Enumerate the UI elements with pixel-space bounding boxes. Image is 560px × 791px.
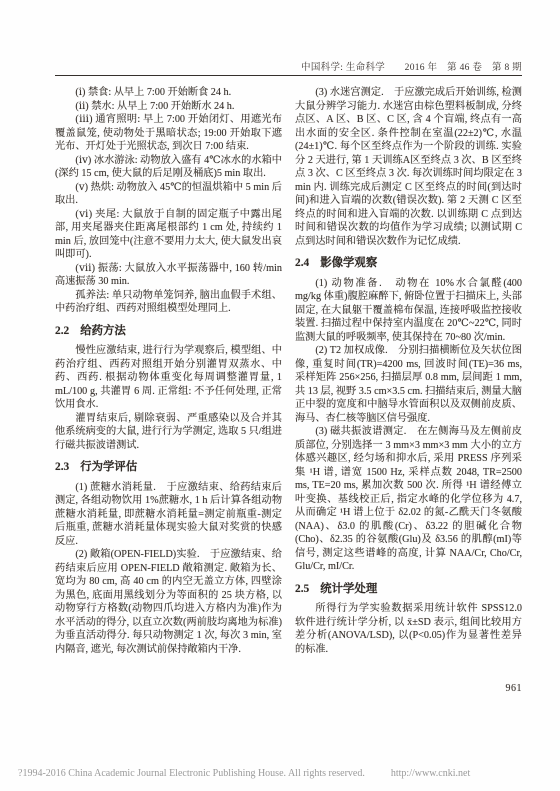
section-heading-2-3: 2.3行为学评估 [55,461,282,475]
behavior-paragraph-sucrose: (1) 蔗糖水消耗量. 于应激结束、给药结束后测定, 各组动物饮用 1%蔗糖水,… [55,481,282,549]
section-title: 行为学评估 [80,461,137,473]
section-number: 2.2 [55,325,69,337]
section-heading-2-5: 2.5统计学处理 [295,583,522,597]
running-head: 中国科学: 生命科学 2016 年 第 46 卷 第 8 期 [55,59,522,73]
stress-item-tail-clip: (ⅵ) 夹尾: 大鼠放于自制的固定瓶子中露出尾部, 用夹尾器夹住距离尾根部约 1… [55,208,282,262]
imaging-paragraph-t2: (2) T2 加权成像. 分别扫描横断位及矢状位图像, 重复时间(TR)=420… [295,344,522,425]
stress-item-isolation: 孤养法: 单只动物单笼饲养, 脑出血假手术组、中药治疗组、西药对照组模型处理同上… [55,289,282,316]
journal-page: 中国科学: 生命科学 2016 年 第 46 卷 第 8 期 (ⅰ) 禁食: 从… [0,0,560,791]
behavior-paragraph-watermaze: (3) 水迷宫测定. 于应激完成后开始训练, 检测大鼠分辨学习能力. 水迷宫由棕… [295,86,522,248]
column-left: (ⅰ) 禁食: 从早上 7:00 开始断食 24 h. (ⅱ) 禁水: 从早上 … [55,86,282,696]
dosing-paragraph-1: 慢性应激结束, 进行行为学观察后, 模型组、中药治疗组、西药对照组开始分别灌胃双… [55,344,282,412]
section-title: 影像学观察 [320,257,377,269]
statistics-paragraph: 所得行为学实验数据采用统计软件 SPSS12.0 软件进行统计学分析, 以 x̄… [295,602,522,656]
header-rule [55,75,522,76]
stress-item-heat: (ⅴ) 热烘: 动物放入 45℃的恒温烘箱中 5 min 后取出. [55,181,282,208]
two-column-body: (ⅰ) 禁食: 从早上 7:00 开始断食 24 h. (ⅱ) 禁水: 从早上 … [55,86,522,696]
section-number: 2.3 [55,461,69,473]
copyright-text: ?1994-2016 China Academic Journal Electr… [18,768,365,779]
stress-item-lighting: (ⅲ) 通宵照明: 早上 7:00 开始闭灯、用遮光布覆盖鼠笼, 使动物处于黑暗… [55,113,282,154]
section-heading-2-2: 2.2给药方法 [55,325,282,339]
section-title: 统计学处理 [320,583,377,595]
page-number: 961 [295,682,522,696]
stress-item-ice-swim: (ⅳ) 冰水游泳: 动物放入盛有 4℃冰水的水箱中(深约 15 cm, 使大鼠的… [55,154,282,181]
stress-item-water-dep: (ⅱ) 禁水: 从早上 7:00 开始断水 24 h. [55,100,282,114]
section-number: 2.5 [295,583,309,595]
section-number: 2.4 [295,257,309,269]
stress-item-shaking: (ⅶ) 振荡: 大鼠放入水平振荡器中, 160 转/min 高速振荡 30 mi… [55,262,282,289]
section-heading-2-4: 2.4影像学观察 [295,257,522,271]
behavior-paragraph-openfield: (2) 敞箱(OPEN-FIELD)实验. 于应激结束、给药结束后应用 OPEN… [55,548,282,656]
footer-copyright-line: ?1994-2016 China Academic Journal Electr… [18,768,542,779]
imaging-paragraph-preparation: (1) 动物准备. 动物在 10%水合氯醛(400 mg/kg 体重)腹腔麻醉下… [295,277,522,345]
imaging-paragraph-mrs: (3) 磁共振波谱测定. 在左侧海马及左侧前皮质部位, 分别选择一 3 mm×3… [295,425,522,574]
dosing-paragraph-2: 灌胃结束后, 剔除衰弱、严重感染以及合并其他系统病变的大鼠, 进行行为学测定, … [55,412,282,453]
cnki-url: http://www.cnki.net [391,768,470,779]
column-right: (3) 水迷宫测定. 于应激完成后开始训练, 检测大鼠分辨学习能力. 水迷宫由棕… [295,86,522,696]
section-title: 给药方法 [80,325,126,337]
stress-item-fasting: (ⅰ) 禁食: 从早上 7:00 开始断食 24 h. [55,86,282,100]
